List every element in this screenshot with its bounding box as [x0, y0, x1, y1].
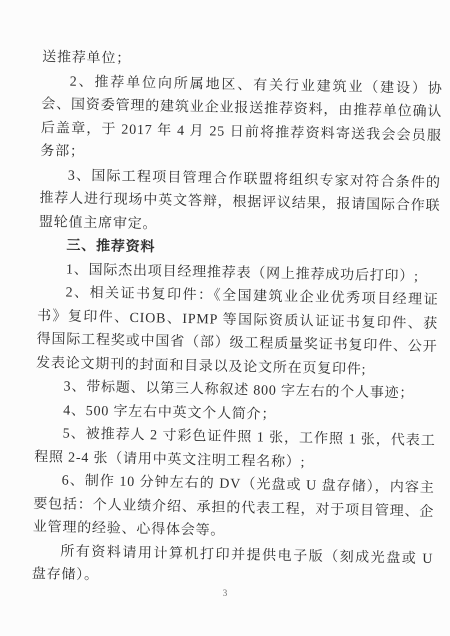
text-block: 送推荐单位；2、推荐单位向所属地区、有关行业建筑业（建设）协会、国资委管理的建筑… [32, 46, 444, 594]
paragraph: 所有资料请用计算机打印并提供电子版（刻成光盘或 U 盘存储）。 [32, 539, 434, 594]
paragraph: 3、国际工程项目管理合作联盟将组织专家对符合条件的推荐人进行现场中英文答辩，根据… [39, 164, 441, 243]
paragraph: 5、被推荐人 2 寸彩色证件照 1 张，工作照 1 张，代表工程照 2-4 张（… [34, 422, 436, 477]
paragraph: 2、推荐单位向所属地区、有关行业建筑业（建设）协会、国资委管理的建筑业企业报送推… [40, 70, 443, 172]
document-page: 送推荐单位；2、推荐单位向所属地区、有关行业建筑业（建设）协会、国资委管理的建筑… [0, 0, 450, 636]
page-number: 3 [0, 588, 450, 598]
paragraph: 6、制作 10 分钟左右的 DV（光盘或 U 盘存储），内容主要包括：个人业绩介… [33, 469, 435, 548]
paragraph: 2、相关证书复印件：《全国建筑业企业优秀项目经理证书》复印件、CIOB、IPMP… [36, 281, 439, 383]
